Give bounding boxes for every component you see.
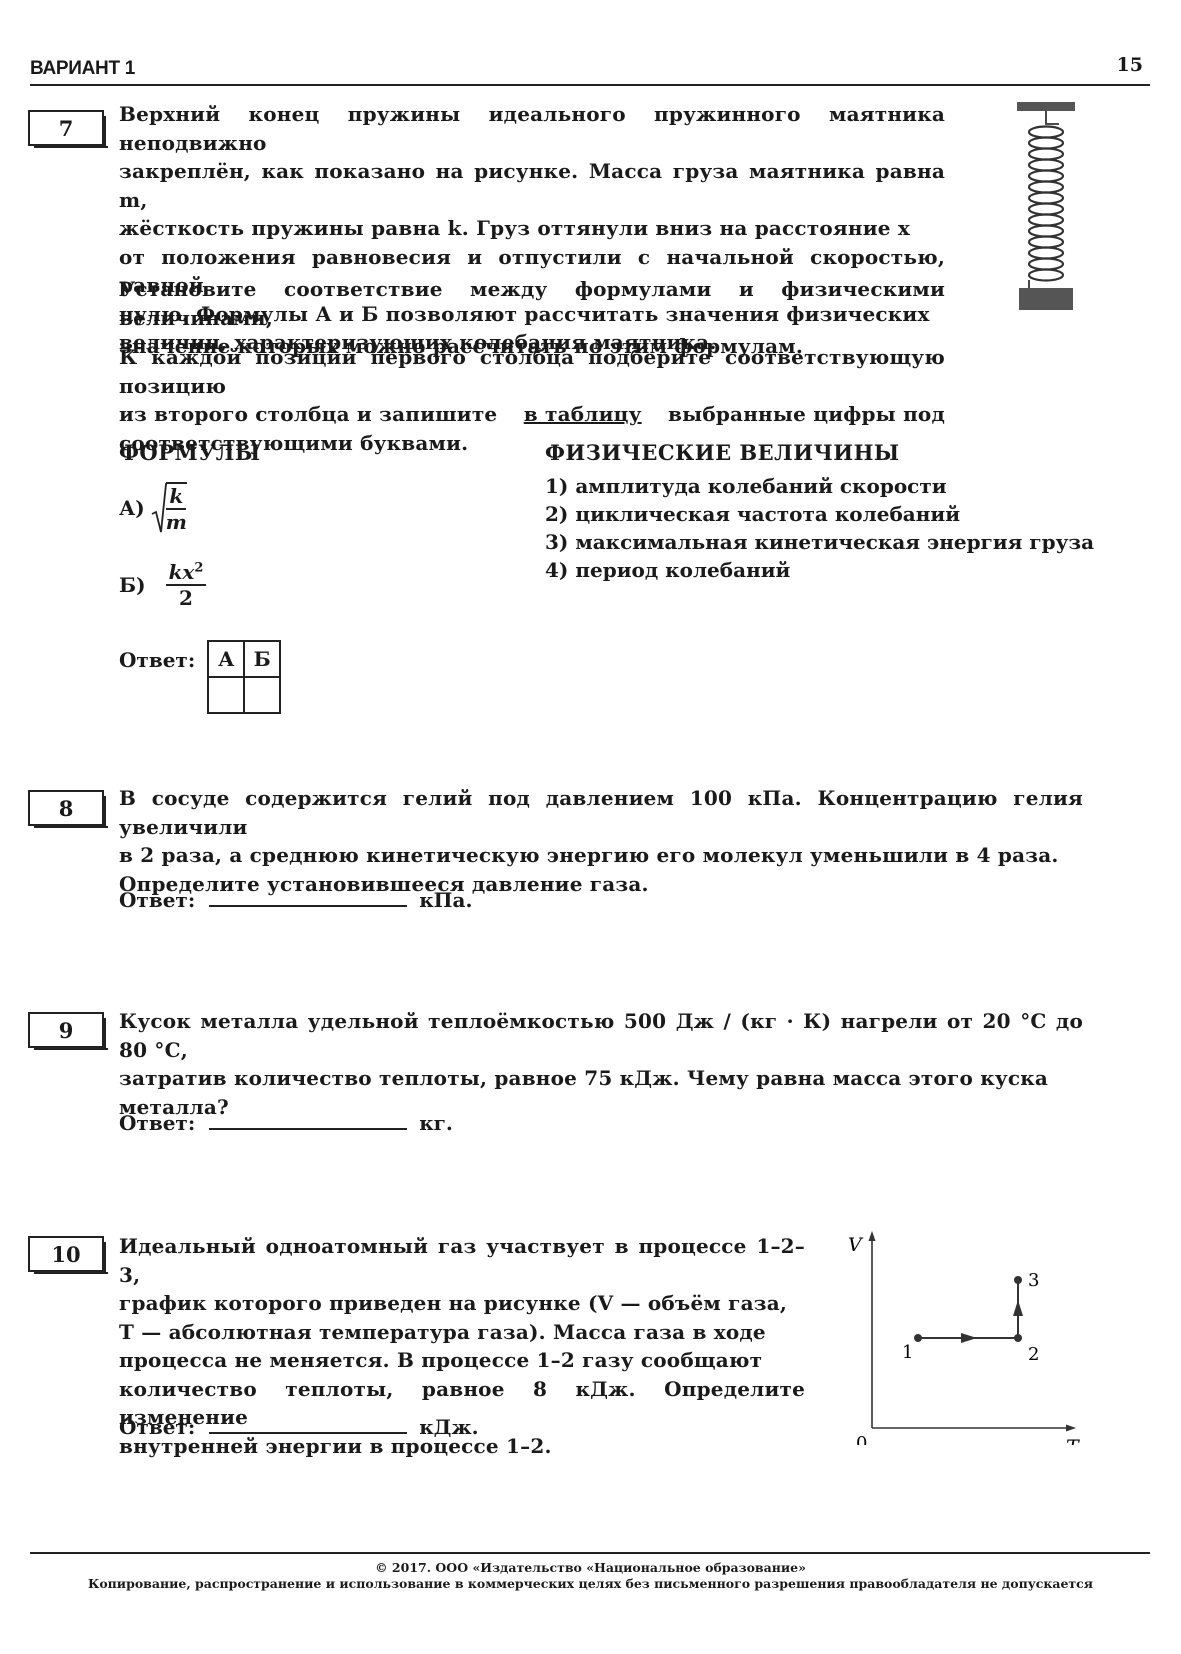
formula-b-numerator: kx2 — [166, 560, 207, 586]
v-axis-arrow-icon — [869, 1231, 876, 1241]
q10-line: график которого приведен на рисунке (V —… — [119, 1289, 805, 1318]
state-point-label: 1 — [902, 1342, 913, 1363]
q7-line: из второго столбца и запишите в таблицу … — [119, 400, 945, 429]
formula-a-numerator: k — [166, 484, 186, 510]
q10-line: Идеальный одноатомный газ участвует в пр… — [119, 1232, 805, 1289]
copyright-line: © 2017. ООО «Издательство «Национальное … — [0, 1560, 1181, 1575]
q7-line: закреплён, как показано на рисунке. Масс… — [119, 157, 945, 214]
answer-field[interactable] — [209, 905, 407, 907]
table-link: в таблицу — [524, 400, 642, 429]
answer-cell-b[interactable] — [244, 677, 280, 713]
question-number-7: 7 — [28, 110, 104, 146]
state-point — [914, 1334, 922, 1342]
copyright-notice: Копирование, распространение и использов… — [0, 1576, 1181, 1591]
state-point-label: 3 — [1028, 1270, 1039, 1291]
formula-a-label: А) — [119, 496, 145, 520]
t-axis-arrow-icon — [1066, 1425, 1076, 1432]
state-point — [1014, 1276, 1022, 1284]
v-axis-label: V — [848, 1234, 864, 1256]
formula-a-denominator: m — [166, 510, 187, 534]
quantity-item-2: 2) циклическая частота колебаний — [545, 500, 1094, 528]
answer-field[interactable] — [209, 1432, 407, 1434]
formula-b-exponent: 2 — [194, 560, 203, 575]
sqrt-icon — [151, 482, 167, 534]
q8-line: в 2 раза, а среднюю кинетическую энергию… — [119, 841, 1083, 870]
q7-line-part: из второго столбца и запишите — [119, 400, 497, 429]
quantities-list: 1) амплитуда колебаний скорости 2) цикли… — [545, 472, 1094, 584]
answer-cell-a[interactable] — [208, 677, 244, 713]
weight-block — [1019, 288, 1073, 310]
quantity-item-4: 4) период колебаний — [545, 556, 1094, 584]
question-number-10: 10 — [28, 1236, 104, 1272]
quantity-item-3: 3) максимальная кинетическая энергия гру… — [545, 528, 1094, 556]
ceiling-mount — [1017, 102, 1075, 111]
answer-label: Ответ: — [119, 1111, 195, 1135]
state-point — [1014, 1334, 1022, 1342]
answer-field[interactable] — [209, 1128, 407, 1130]
q7-answer: Ответ: А Б — [119, 640, 281, 714]
q9-line: затратив количество теплоты, равное 75 к… — [119, 1064, 1083, 1093]
formula-b-denominator: 2 — [179, 586, 193, 610]
question-number-9: 9 — [28, 1012, 104, 1048]
q9-line: Кусок металла удельной теплоёмкостью 500… — [119, 1007, 1083, 1064]
answer-unit: кПа. — [419, 888, 472, 912]
q8-answer: Ответ: кПа. — [119, 888, 472, 912]
process-path: 123 — [902, 1270, 1039, 1365]
q7-line: жёсткость пружины равна k. Груз оттянули… — [119, 214, 945, 243]
formula-a-fraction: k m — [166, 482, 187, 534]
formula-a: А) k m — [119, 482, 187, 534]
state-point-label: 2 — [1028, 1344, 1039, 1365]
q10-line: процесса не меняется. В процессе 1–2 газ… — [119, 1346, 805, 1375]
answer-unit: кг. — [419, 1111, 453, 1135]
spring-pendulum-figure — [1015, 100, 1077, 312]
answer-unit: кДж. — [419, 1415, 478, 1439]
quantity-item-1: 1) амплитуда колебаний скорости — [545, 472, 1094, 500]
arrow-icon — [1013, 1300, 1023, 1316]
quantities-heading: ФИЗИЧЕСКИЕ ВЕЛИЧИНЫ — [545, 440, 900, 465]
q7-line: К каждой позиции первого столбца подбери… — [119, 343, 945, 400]
answer-label: Ответ: — [119, 1415, 195, 1439]
variant-header: ВАРИАНТ 1 — [30, 58, 135, 80]
q7-line: Установите соответствие между формулами … — [119, 275, 945, 332]
answer-label: Ответ: — [119, 648, 195, 672]
q8-line: В сосуде содержится гелий под давлением … — [119, 784, 1083, 841]
header-divider — [30, 84, 1150, 86]
answer-table: А Б — [207, 640, 281, 714]
formula-b: Б) kx2 2 — [119, 560, 206, 610]
question-number-8: 8 — [28, 790, 104, 826]
t-axis-label: T — [1066, 1436, 1080, 1445]
q7-line-part: выбранные цифры под — [668, 400, 945, 429]
formula-b-num-text: kx — [169, 560, 195, 584]
arrow-icon — [961, 1333, 977, 1343]
footer-divider — [30, 1552, 1150, 1554]
answer-col-b-header: Б — [244, 641, 280, 677]
formulas-heading: ФОРМУЛЫ — [119, 440, 261, 465]
answer-col-a-header: А — [208, 641, 244, 677]
vt-process-graph: V T 0 123 — [840, 1225, 1100, 1445]
page-number: 15 — [1117, 54, 1143, 76]
formula-b-label: Б) — [119, 573, 146, 597]
formula-b-fraction: kx2 2 — [166, 560, 207, 610]
answer-label: Ответ: — [119, 888, 195, 912]
q10-answer: Ответ: кДж. — [119, 1415, 479, 1439]
q7-line: Верхний конец пружины идеального пружинн… — [119, 100, 945, 157]
q9-answer: Ответ: кг. — [119, 1111, 453, 1135]
q10-line: T — абсолютная температура газа). Масса … — [119, 1318, 805, 1347]
q8-text: В сосуде содержится гелий под давлением … — [119, 784, 1083, 898]
origin-label: 0 — [856, 1433, 867, 1445]
spring-icon — [1029, 127, 1063, 281]
q9-text: Кусок металла удельной теплоёмкостью 500… — [119, 1007, 1083, 1121]
